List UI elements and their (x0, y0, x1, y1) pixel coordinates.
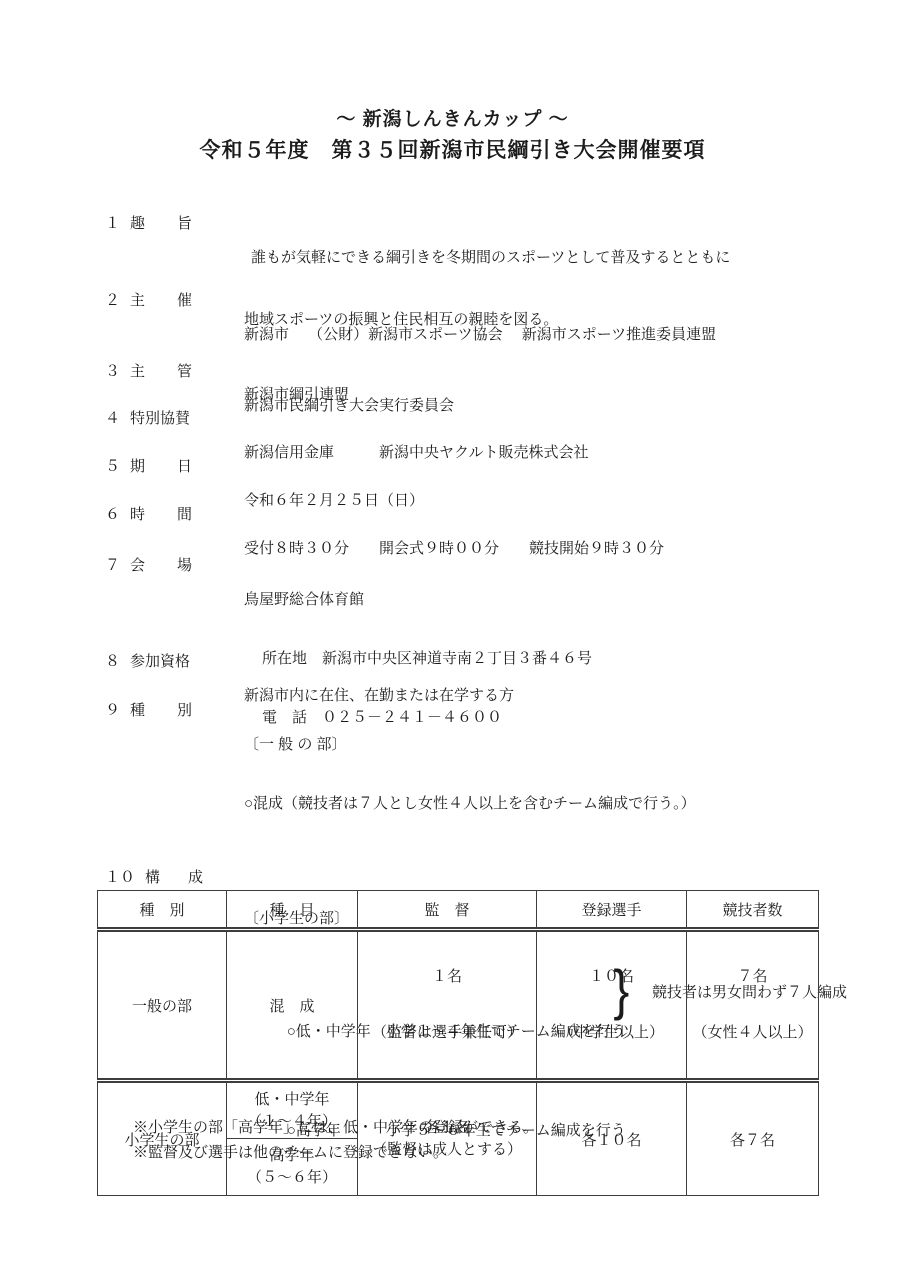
footnote-1: ※小学生の部「高学年」には、低・中学年の登録ができる。 (133, 1118, 538, 1138)
section-label: 種別 (130, 701, 192, 721)
section-number: ８ (105, 652, 130, 672)
section-number: ５ (105, 457, 130, 477)
section-number: ９ (105, 701, 130, 721)
footnotes: ※小学生の部「高学年」には、低・中学年の登録ができる。 ※監督及び選手は他のチー… (133, 1118, 538, 1168)
header-event: 種 目 (227, 891, 358, 930)
section-label: 特別協賛 (130, 409, 192, 429)
section-number: ４ (105, 409, 130, 429)
section-composition: １０ 構成 (105, 868, 203, 888)
general-division-header: 〔一 般 の 部〕 (244, 735, 696, 755)
section-label: 時間 (130, 505, 192, 525)
section-number: ３ (105, 362, 130, 382)
event-subtitle: ～ 新潟しんきんカップ ～ (0, 104, 905, 131)
header-registered-players: 登録選手 (537, 891, 687, 930)
footnote-2: ※監督及び選手は他のチームに登録できない。 (133, 1143, 538, 1163)
section-label: 会場 (130, 556, 192, 576)
cell-registered-general: １０名 （中学生以上） (537, 930, 687, 1081)
header-coach: 監 督 (358, 891, 537, 930)
section-number: ２ (105, 291, 130, 311)
organizers-line-1: 新潟市 （公財）新潟市スポーツ協会 新潟市スポーツ推進委員連盟 (244, 325, 716, 345)
document-page: ～ 新潟しんきんカップ ～ 令和５年度 第３５回新潟市民綱引き大会開催要項 １ … (0, 0, 905, 1280)
event-title: 令和５年度 第３５回新潟市民綱引き大会開催要項 (0, 134, 905, 164)
venue-name: 鳥屋野総合体育館 (244, 590, 592, 610)
cell-event-mixed: 混 成 (227, 930, 358, 1081)
section-label: 参加資格 (130, 652, 192, 672)
cell-registered-elementary: 各１０名 (537, 1081, 687, 1196)
section-label: 構成 (145, 868, 203, 888)
table-header-row: 種 別 種 目 監 督 登録選手 競技者数 (98, 891, 819, 930)
section-label: 期日 (130, 457, 192, 477)
table-row-general: 一般の部 混 成 １名 （監督は選手兼任可） １０名 （中学生以上） ７名 （女… (98, 930, 819, 1081)
cell-competitors-general: ７名 （女性４人以上） (687, 930, 819, 1081)
general-division-rule: ○混成（競技者は７人とし女性４人以上を含むチーム編成で行う。） (244, 794, 696, 814)
cell-coach-general: １名 （監督は選手兼任可） (358, 930, 537, 1081)
section-number: ７ (105, 556, 130, 576)
cell-competitors-elementary: 各７名 (687, 1081, 819, 1196)
spacer (244, 853, 696, 875)
section-number: １ (105, 214, 130, 234)
section-label: 主催 (130, 291, 192, 311)
header-division: 種 別 (98, 891, 227, 930)
cell-division-general: 一般の部 (98, 930, 227, 1081)
section-number: ６ (105, 505, 130, 525)
section-number: １０ (105, 868, 145, 888)
purpose-line-1: 誰もが気軽にできる綱引きを冬期間のスポーツとして普及するとともに (244, 248, 730, 268)
section-label: 趣旨 (130, 214, 192, 234)
section-label: 主管 (130, 362, 192, 382)
header-competitors: 競技者数 (687, 891, 819, 930)
